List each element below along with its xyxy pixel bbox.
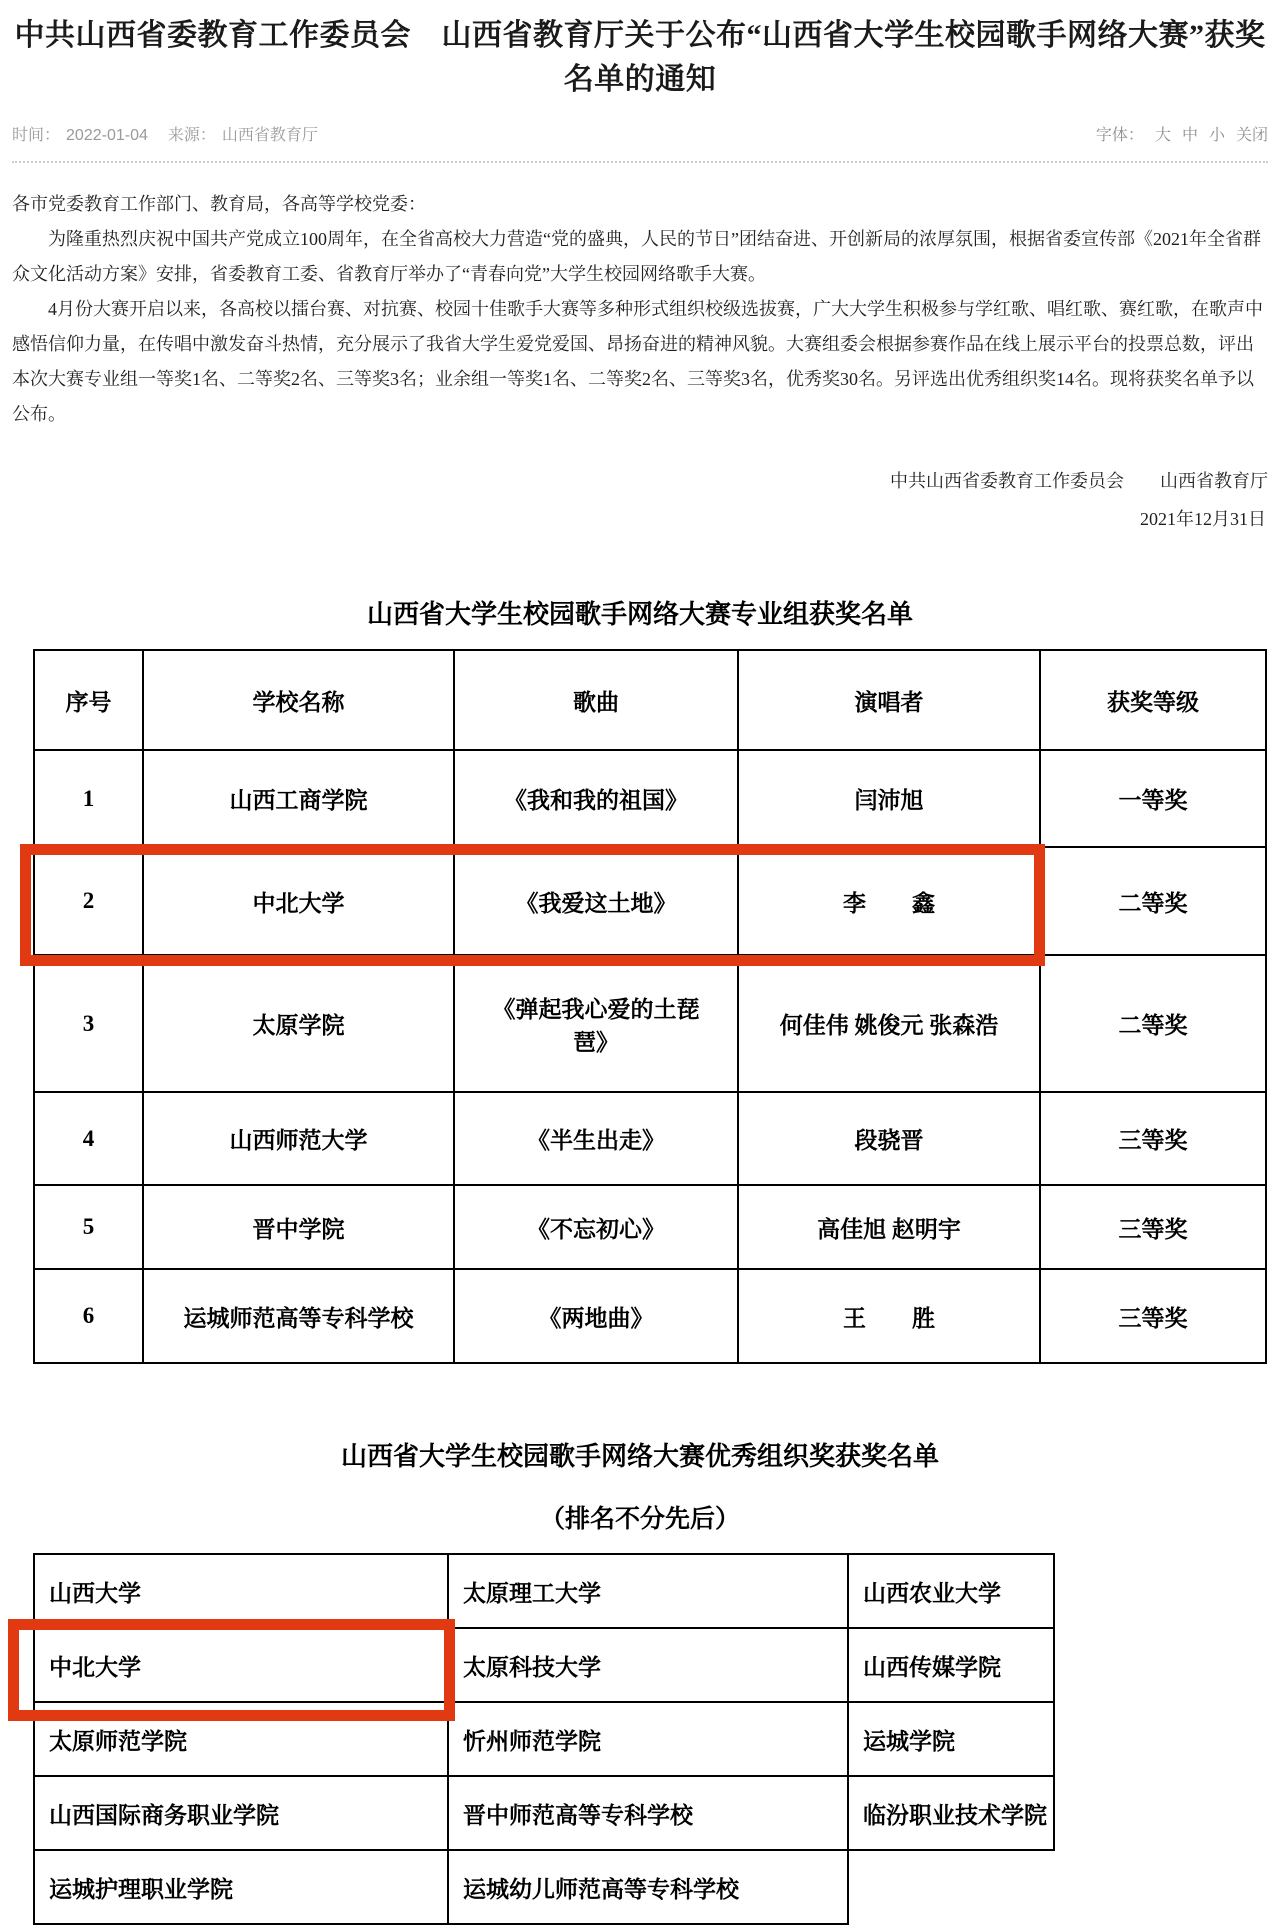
table1-cell: 获奖等级	[1040, 650, 1266, 750]
table2-cell: 山西大学	[34, 1554, 448, 1628]
table1-cell: 《不忘初心》	[454, 1185, 738, 1269]
table1-cell: 一等奖	[1040, 750, 1266, 847]
font-label: 字体：	[1096, 127, 1144, 144]
table1-cell: 歌曲	[454, 650, 738, 750]
table2-cell: 忻州师范学院	[448, 1702, 848, 1776]
table1-cell: 序号	[34, 650, 143, 750]
table1-body: 序号学校名称歌曲演唱者获奖等级1山西工商学院《我和我的祖国》闫沛旭一等奖2中北大…	[34, 650, 1266, 1363]
signature-date: 2021年12月31日	[12, 500, 1268, 538]
table1-cell: 三等奖	[1040, 1092, 1266, 1185]
salutation: 各市党委教育工作部门、教育局，各高等学校党委：	[12, 187, 1268, 222]
table1-cell: 《半生出走》	[454, 1092, 738, 1185]
table1-cell: 三等奖	[1040, 1269, 1266, 1363]
close-link[interactable]: 关闭	[1236, 127, 1268, 144]
table1-row-1: 1山西工商学院《我和我的祖国》闫沛旭一等奖	[34, 750, 1266, 847]
table1-row-0: 序号学校名称歌曲演唱者获奖等级	[34, 650, 1266, 750]
table1-row-5: 5晋中学院《不忘初心》高佳旭 赵明宇三等奖	[34, 1185, 1266, 1269]
organization-awards-table: 山西大学太原理工大学山西农业大学中北大学太原科技大学山西传媒学院太原师范学院忻州…	[33, 1553, 1055, 1925]
font-size-small-link[interactable]: 小	[1209, 127, 1225, 144]
table2-cell: 晋中师范高等专科学校	[448, 1776, 848, 1850]
table1-cell: 高佳旭 赵明宇	[738, 1185, 1040, 1269]
table2-title: 山西省大学生校园歌手网络大赛优秀组织奖获奖名单	[12, 1436, 1268, 1473]
table2-row-0: 山西大学太原理工大学山西农业大学	[34, 1554, 1054, 1628]
table1-title: 山西省大学生校园歌手网络大赛专业组获奖名单	[12, 594, 1268, 631]
table2-row-2: 太原师范学院忻州师范学院运城学院	[34, 1702, 1054, 1776]
table2-cell: 中北大学	[34, 1628, 448, 1702]
table1-cell: 《两地曲》	[454, 1269, 738, 1363]
table2-cell: 山西传媒学院	[848, 1628, 1054, 1702]
font-size-large-link[interactable]: 大	[1155, 127, 1171, 144]
table1-row-4: 4山西师范大学《半生出走》段骁晋三等奖	[34, 1092, 1266, 1185]
table1-cell: 中北大学	[143, 847, 454, 955]
table1-cell: 闫沛旭	[738, 750, 1040, 847]
table2-row-3: 山西国际商务职业学院晋中师范高等专科学校临汾职业技术学院	[34, 1776, 1054, 1850]
time-label: 时间：	[12, 127, 60, 144]
table1-cell: 段骁晋	[738, 1092, 1040, 1185]
body-paragraph-2: 4月份大赛开启以来，各高校以擂台赛、对抗赛、校园十佳歌手大赛等多种形式组织校级选…	[12, 292, 1268, 432]
table1-cell: 《我和我的祖国》	[454, 750, 738, 847]
table1-cell: 二等奖	[1040, 955, 1266, 1092]
document-page: 中共山西省委教育工作委员会 山西省教育厅关于公布“山西省大学生校园歌手网络大赛”…	[12, 0, 1268, 1925]
table1-cell: 山西师范大学	[143, 1092, 454, 1185]
table2-cell: 运城学院	[848, 1702, 1054, 1776]
table1-cell: 《我爱这土地》	[454, 847, 738, 955]
table1-cell: 李 鑫	[738, 847, 1040, 955]
table1-cell: 王 胜	[738, 1269, 1040, 1363]
table2-cell: 运城护理职业学院	[34, 1850, 448, 1924]
body-paragraph-1: 为隆重热烈庆祝中国共产党成立100周年，在全省高校大力营造“党的盛典，人民的节日…	[12, 222, 1268, 292]
meta-bar: 时间：2022-01-04来源：山西省教育厅 字体：大中小关闭	[12, 122, 1268, 145]
table1-row-6: 6运城师范高等专科学校《两地曲》王 胜三等奖	[34, 1269, 1266, 1363]
table1-cell: 山西工商学院	[143, 750, 454, 847]
table1-cell: 2	[34, 847, 143, 955]
table1-cell: 4	[34, 1092, 143, 1185]
table2-body: 山西大学太原理工大学山西农业大学中北大学太原科技大学山西传媒学院太原师范学院忻州…	[34, 1554, 1054, 1924]
table1-wrapper: 序号学校名称歌曲演唱者获奖等级1山西工商学院《我和我的祖国》闫沛旭一等奖2中北大…	[33, 649, 1268, 1364]
table1-cell: 运城师范高等专科学校	[143, 1269, 454, 1363]
page-title-line2: 名单的通知	[564, 63, 717, 96]
notice-body: 各市党委教育工作部门、教育局，各高等学校党委： 为隆重热烈庆祝中国共产党成立10…	[12, 187, 1268, 538]
table2-cell: 太原师范学院	[34, 1702, 448, 1776]
table2-row-4: 运城护理职业学院运城幼儿师范高等专科学校	[34, 1850, 1054, 1924]
source-value: 山西省教育厅	[222, 127, 318, 144]
page-title-line1: 中共山西省委教育工作委员会 山西省教育厅关于公布“山西省大学生校园歌手网络大赛”…	[15, 19, 1266, 52]
dotted-divider	[12, 161, 1268, 163]
source-label: 来源：	[168, 127, 216, 144]
table2-cell: 太原科技大学	[448, 1628, 848, 1702]
table1-cell: 5	[34, 1185, 143, 1269]
table1-cell: 《弹起我心爱的土琵琶》	[454, 955, 738, 1092]
professional-group-awards-table: 序号学校名称歌曲演唱者获奖等级1山西工商学院《我和我的祖国》闫沛旭一等奖2中北大…	[33, 649, 1267, 1364]
table1-cell: 三等奖	[1040, 1185, 1266, 1269]
table1-cell: 太原学院	[143, 955, 454, 1092]
table2-cell: 太原理工大学	[448, 1554, 848, 1628]
font-size-medium-link[interactable]: 中	[1182, 127, 1198, 144]
page-title: 中共山西省委教育工作委员会 山西省教育厅关于公布“山西省大学生校园歌手网络大赛”…	[12, 14, 1268, 102]
table1-cell: 1	[34, 750, 143, 847]
table1-cell: 6	[34, 1269, 143, 1363]
time-value: 2022-01-04	[66, 127, 148, 144]
table1-cell: 演唱者	[738, 650, 1040, 750]
meta-info: 时间：2022-01-04来源：山西省教育厅	[12, 122, 324, 145]
table2-row-1: 中北大学太原科技大学山西传媒学院	[34, 1628, 1054, 1702]
table1-cell: 二等奖	[1040, 847, 1266, 955]
signature-block: 中共山西省委教育工作委员会 山西省教育厅 2021年12月31日	[12, 462, 1268, 538]
table2-cell: 运城幼儿师范高等专科学校	[448, 1850, 848, 1924]
signature-org: 中共山西省委教育工作委员会 山西省教育厅	[12, 462, 1268, 500]
table2-cell: 山西农业大学	[848, 1554, 1054, 1628]
table2-cell: 临汾职业技术学院	[848, 1776, 1054, 1850]
table2-wrapper: 山西大学太原理工大学山西农业大学中北大学太原科技大学山西传媒学院太原师范学院忻州…	[33, 1553, 1268, 1925]
table1-row-3: 3太原学院《弹起我心爱的土琵琶》何佳伟 姚俊元 张森浩二等奖	[34, 955, 1266, 1092]
table1-cell: 晋中学院	[143, 1185, 454, 1269]
table1-cell: 学校名称	[143, 650, 454, 750]
font-controls: 字体：大中小关闭	[1096, 122, 1268, 145]
table1-row-2: 2中北大学《我爱这土地》李 鑫二等奖	[34, 847, 1266, 955]
table2-subtitle: （排名不分先后）	[12, 1499, 1268, 1535]
table1-cell: 何佳伟 姚俊元 张森浩	[738, 955, 1040, 1092]
table2-cell: 山西国际商务职业学院	[34, 1776, 448, 1850]
table1-cell: 3	[34, 955, 143, 1092]
